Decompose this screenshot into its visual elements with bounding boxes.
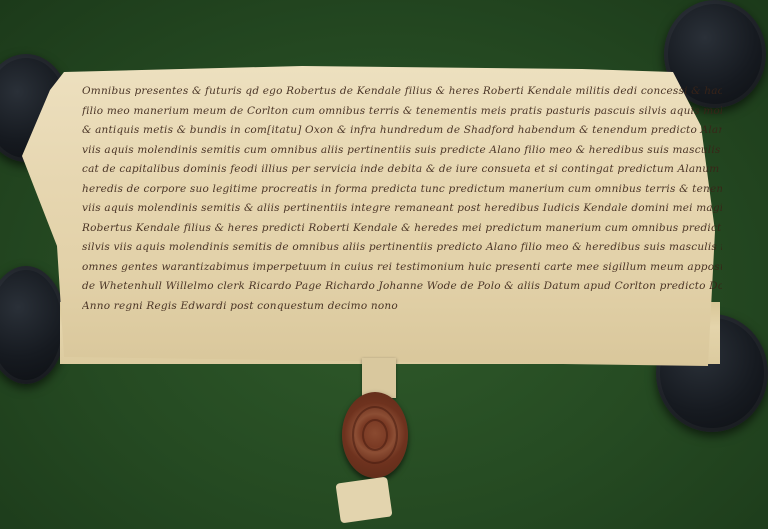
- charter-line: cat de capitalibus dominis feodi illius …: [82, 160, 722, 180]
- charter-line: Omnibus presentes & futuris qd ego Rober…: [82, 82, 722, 102]
- charter-line: de Whetenhull Willelmo clerk Ricardo Pag…: [82, 277, 722, 297]
- charter-line: viis aquis molendinis semitis cum omnibu…: [82, 141, 722, 161]
- charter-line: silvis viis aquis molendinis semitis de …: [82, 238, 722, 258]
- charter-line: omnes gentes warantizabimus imperpetuum …: [82, 258, 722, 278]
- charter-line: & antiquis metis & bundis in com[itatu] …: [82, 121, 722, 141]
- wax-seal-ring: [362, 419, 388, 451]
- charter-line: Robertus Kendale filius & heres predicti…: [82, 219, 722, 239]
- charter-line: viis aquis molendinis semitis & aliis pe…: [82, 199, 722, 219]
- charter-line: filio meo manerium meum de Corlton cum o…: [82, 102, 722, 122]
- mount-seal-bottom-left: [0, 266, 66, 384]
- charter-line: Anno regni Regis Edwardi post conquestum…: [82, 297, 722, 317]
- wax-seal: [342, 392, 408, 478]
- charter-text: Omnibus presentes & futuris qd ego Rober…: [82, 82, 722, 316]
- charter-line: heredis de corpore suo legitime procreat…: [82, 180, 722, 200]
- seal-tag-end: [335, 477, 392, 524]
